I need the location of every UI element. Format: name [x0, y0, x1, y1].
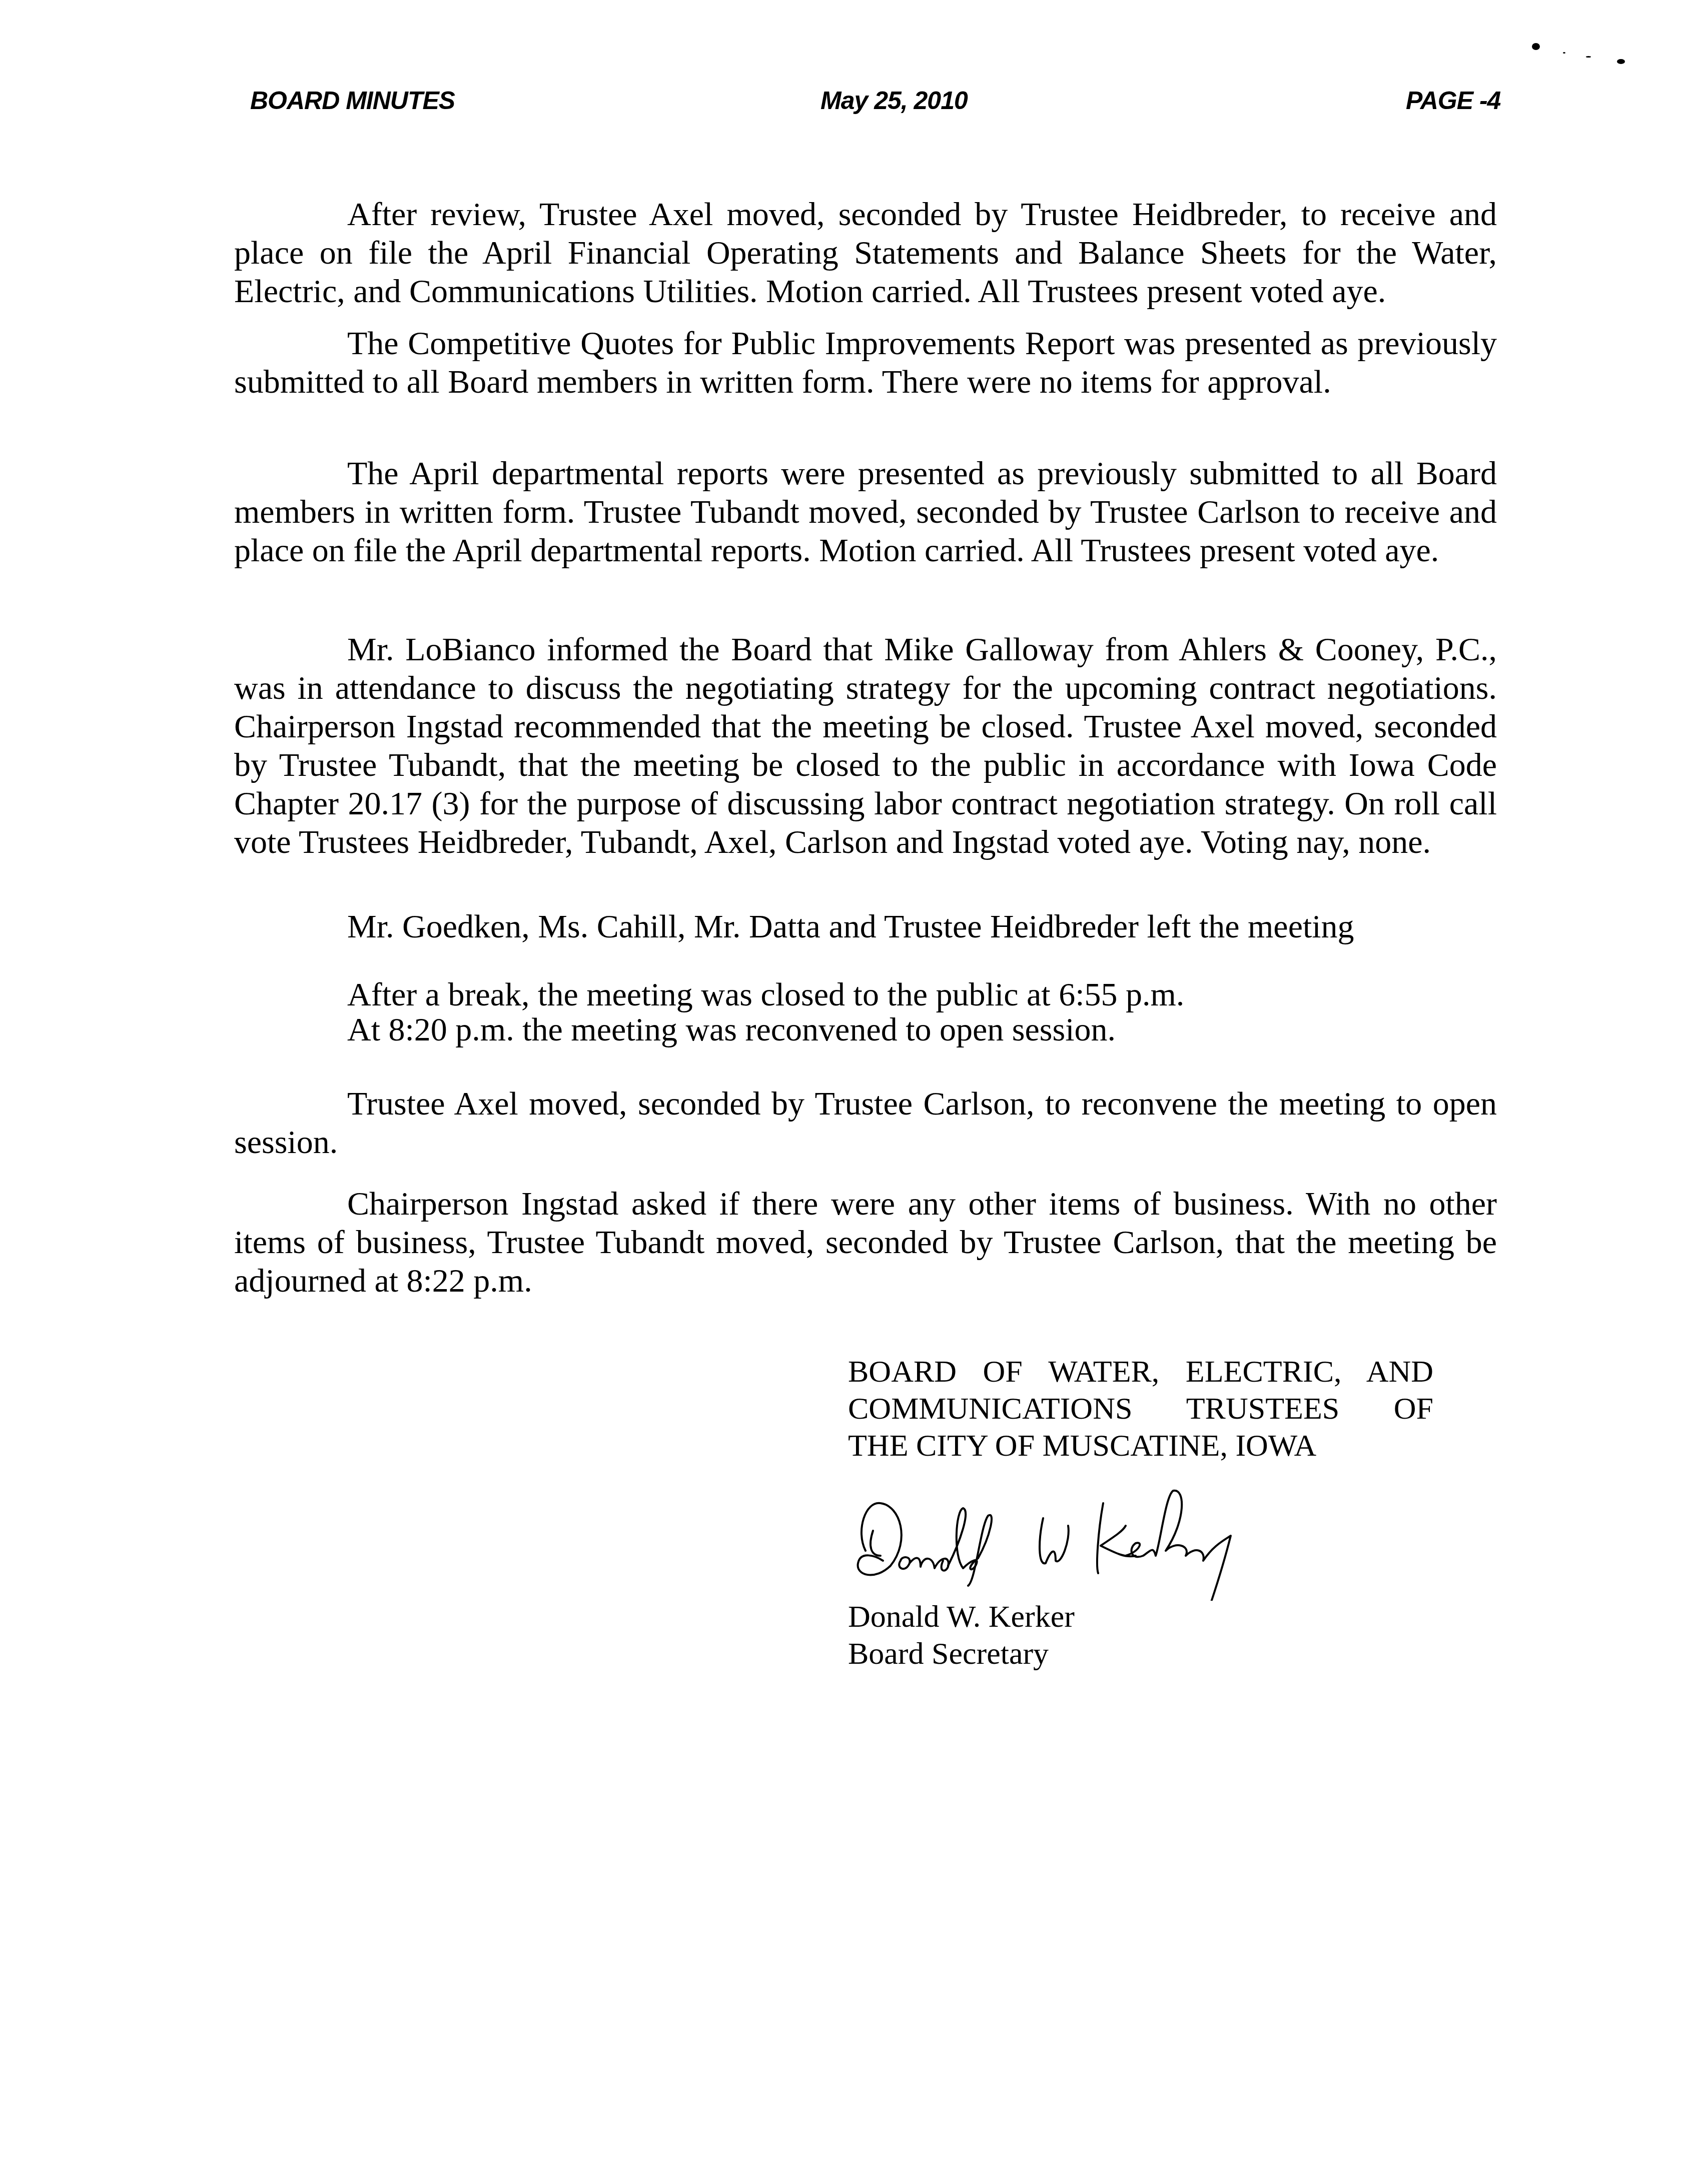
paragraph-closed-time: After a break, the meeting was closed to…: [234, 975, 1497, 1014]
paragraph-departmental-reports: The April departmental reports were pres…: [234, 454, 1497, 570]
paragraph-adjournment: Chairperson Ingstad asked if there were …: [234, 1185, 1497, 1300]
org-line-3: THE CITY OF MUSCATINE, IOWA: [848, 1427, 1433, 1464]
org-line-2: COMMUNICATIONS TRUSTEES OF: [848, 1390, 1433, 1427]
paragraph-left-meeting: Mr. Goedken, Ms. Cahill, Mr. Datta and T…: [234, 907, 1497, 946]
signatory-title: Board Secretary: [848, 1635, 1075, 1672]
scan-speck: [1617, 59, 1625, 64]
meeting-date: May 25, 2010: [820, 86, 968, 115]
signatory-name: Donald W. Kerker: [848, 1598, 1075, 1635]
page-number: PAGE -4: [1406, 86, 1500, 115]
paragraph-reconvene-motion: Trustee Axel moved, seconded by Trustee …: [234, 1084, 1497, 1162]
paragraph-closed-session-motion: Mr. LoBianco informed the Board that Mik…: [234, 630, 1497, 861]
signatory: Donald W. Kerker Board Secretary: [848, 1598, 1075, 1672]
document-title: BOARD MINUTES: [250, 86, 455, 115]
scan-speck: [1563, 52, 1565, 54]
paragraph-competitive-quotes: The Competitive Quotes for Public Improv…: [234, 324, 1497, 401]
scan-speck: [1586, 56, 1591, 58]
paragraph-reconvened-time: At 8:20 p.m. the meeting was reconvened …: [234, 1010, 1497, 1049]
org-line-1: BOARD OF WATER, ELECTRIC, AND: [848, 1353, 1433, 1390]
paragraph-financial-statements: After review, Trustee Axel moved, second…: [234, 195, 1497, 311]
handwritten-signature: Donald W Kerker: [845, 1481, 1336, 1601]
signature-organization: BOARD OF WATER, ELECTRIC, AND COMMUNICAT…: [848, 1353, 1433, 1464]
scan-speck: [1532, 43, 1540, 50]
